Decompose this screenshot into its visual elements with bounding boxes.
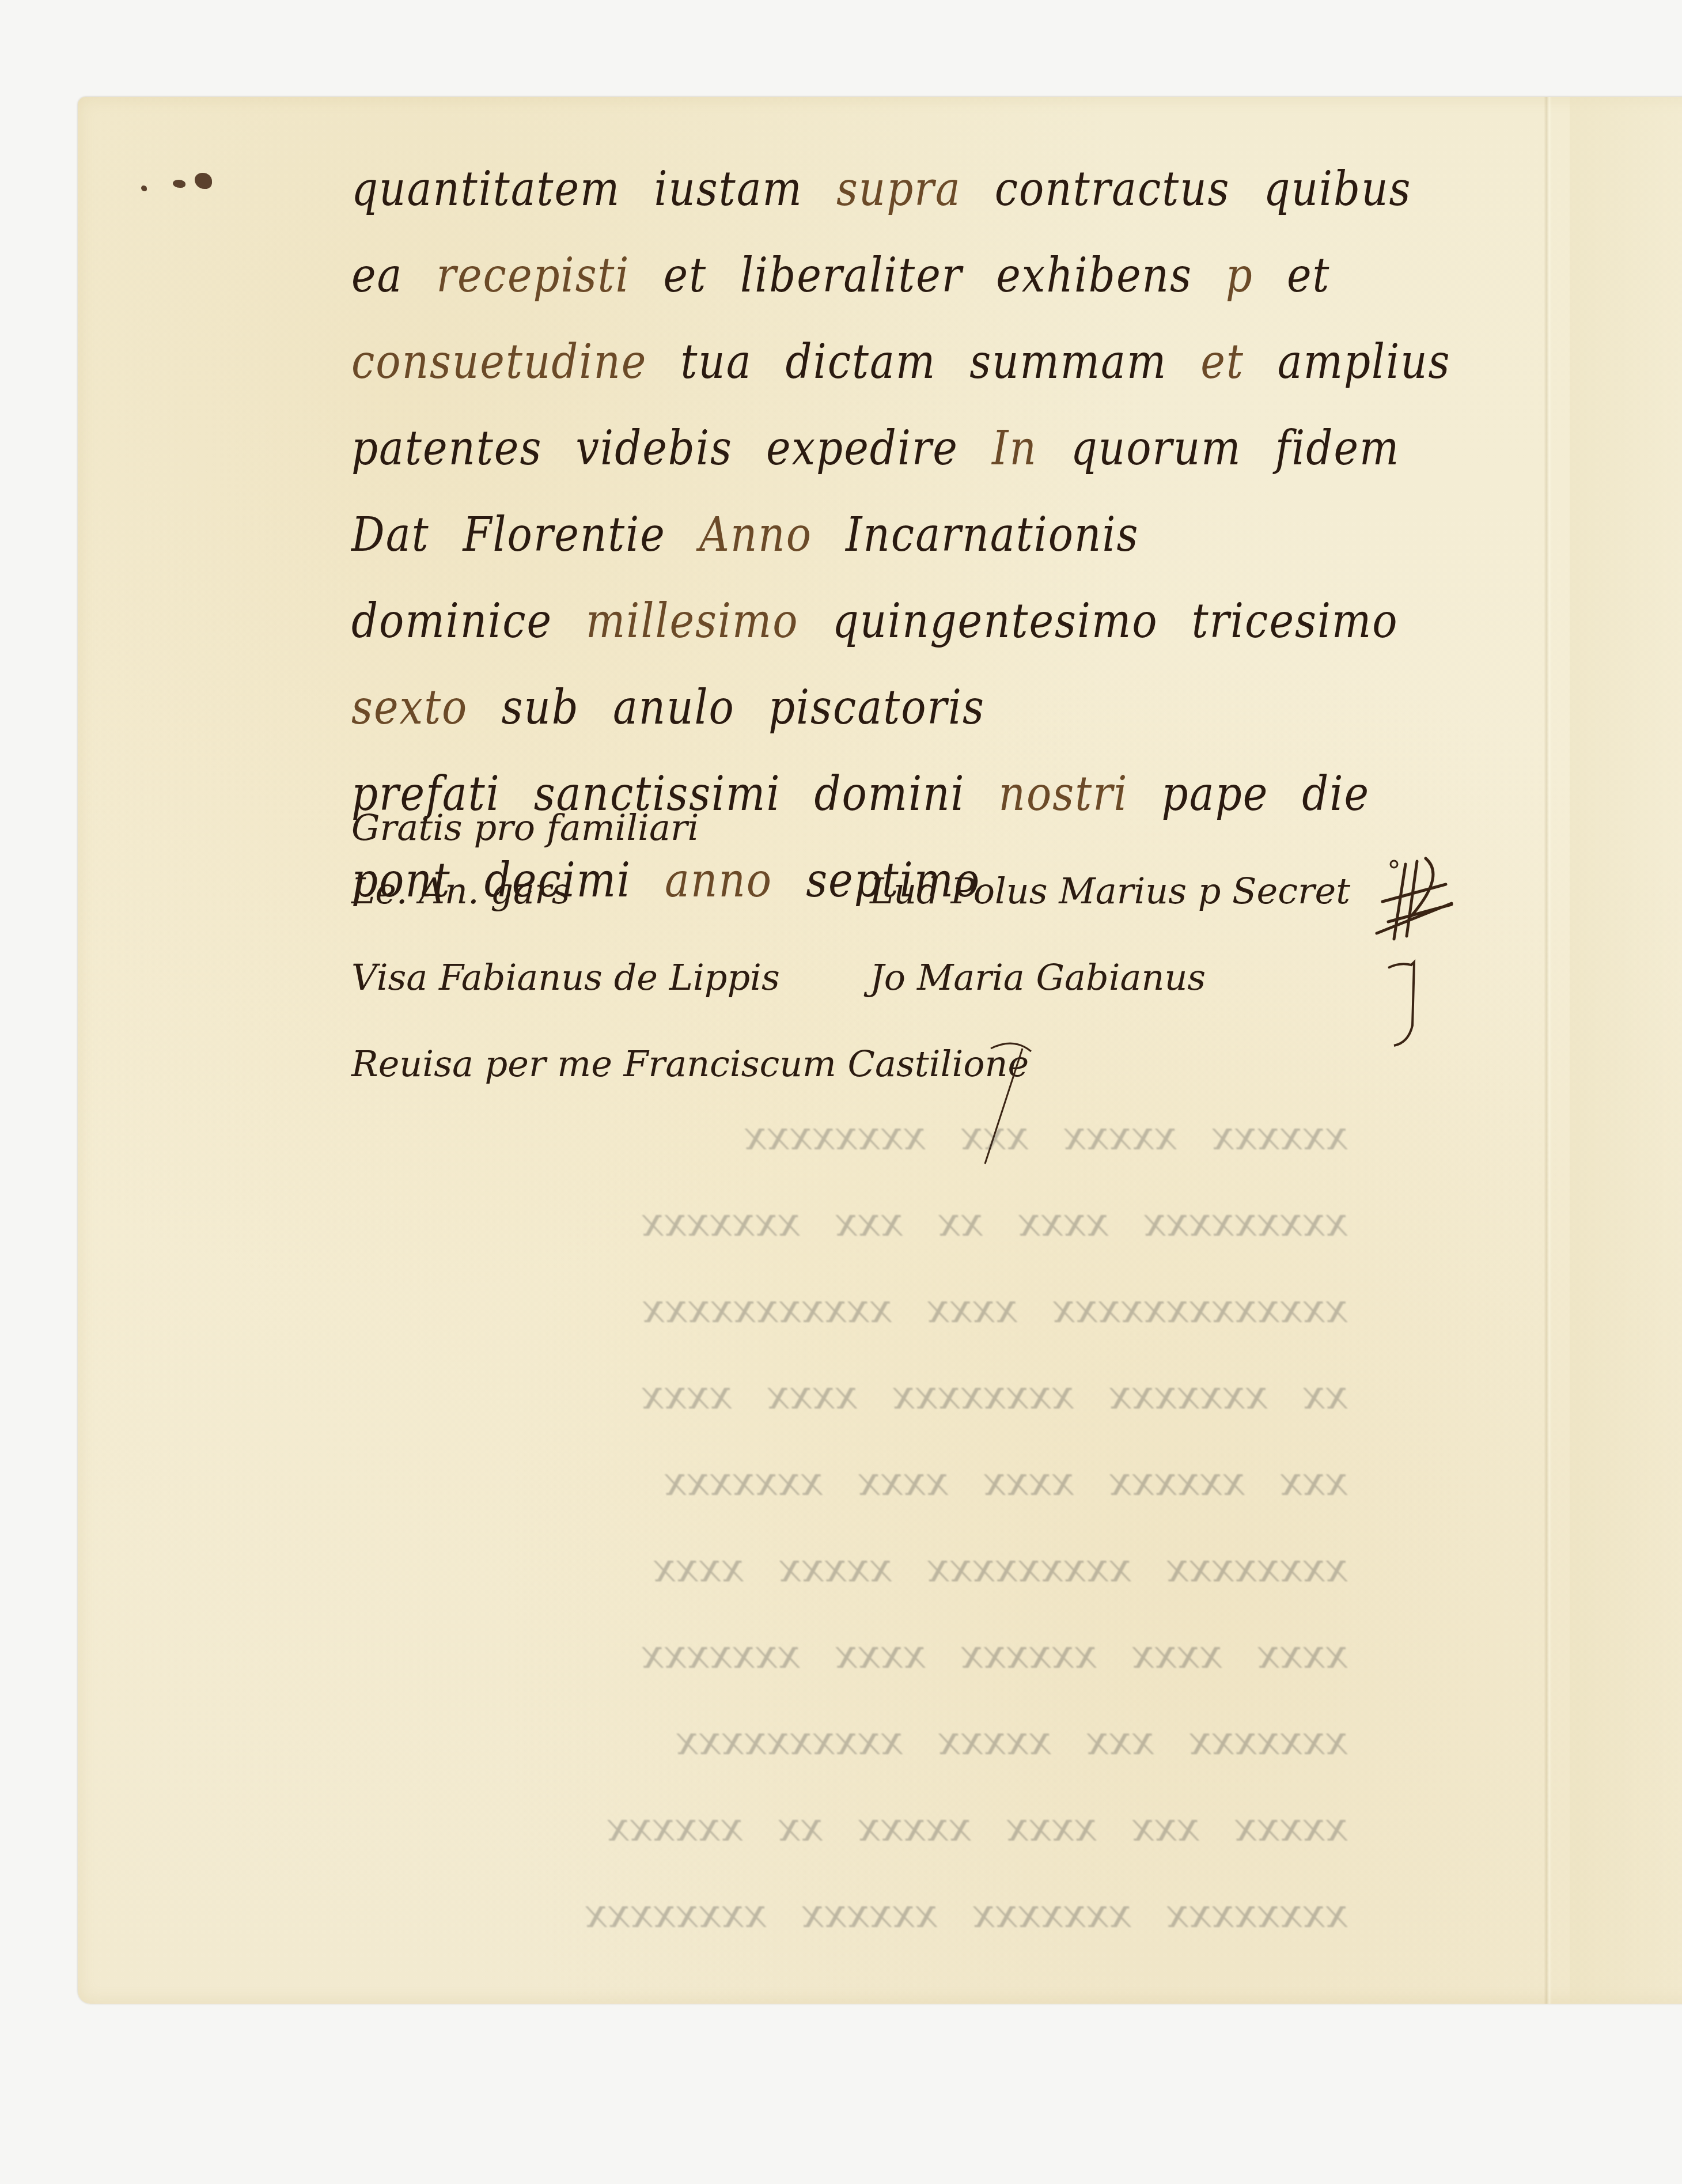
manuscript-word: quingentesimo — [832, 593, 1158, 649]
manuscript-word: summam — [969, 334, 1167, 389]
bleed-through-word: xxxxxxx — [1189, 1717, 1348, 1764]
bleed-through-word: xxxxxxxxx — [1143, 1198, 1348, 1246]
signature-row: Reuisa per me Franciscum Castilione — [351, 1043, 1446, 1106]
ink-blot-icon — [141, 186, 147, 191]
manuscript-line: earecepistietliberaliterexhibenspet — [351, 247, 1331, 347]
scribe-initials: Le. An. gars — [351, 870, 570, 912]
bleed-through-word: xxxxx — [778, 1544, 892, 1591]
bleed-through-word: xxxxx — [938, 1717, 1051, 1764]
manuscript-line: DatFlorentieAnnoIncarnationis — [351, 506, 1331, 606]
bleed-through-word: xxxx — [1131, 1630, 1222, 1678]
bleed-through-word: xxxx — [767, 1371, 858, 1418]
bleed-through-text: xxxxxxxxxxxxxxxxxxxxxxxxxxxxxxxxxxxxxxxx… — [340, 1112, 1348, 1976]
manuscript-word: quibus — [1264, 161, 1412, 217]
manuscript-word: recepisti — [437, 247, 630, 303]
bleed-through-word: xxxxxxxx — [744, 1112, 926, 1159]
bleed-through-word: xxx — [1280, 1458, 1348, 1505]
bleed-through-word: xxxxxxxxxxx — [642, 1285, 892, 1332]
manuscript-word: consuetudine — [351, 334, 647, 389]
signature-row: Visa Fabianus de Lippis Jo Maria Gabianu… — [351, 956, 1446, 1020]
bleed-through-line: xxxxxxxxxxxxxxxxxxxxxx — [340, 1112, 1348, 1198]
bleed-through-word: xxxx — [653, 1544, 744, 1591]
gratis-note: Gratis pro familiari — [351, 807, 699, 849]
bleed-through-word: xxxxxx — [607, 1803, 743, 1850]
manuscript-line: dominicemillesimoquingentesimotricesimo — [351, 593, 1331, 692]
bleed-through-word: xxx — [1131, 1803, 1199, 1850]
manuscript-word: supra — [836, 161, 961, 217]
bleed-through-line: xxxxxxxxxxxxxxxxxxxxxxxxx — [340, 1371, 1348, 1458]
manuscript-word: et — [1200, 334, 1244, 389]
bleed-through-word: xxx — [1086, 1717, 1154, 1764]
bleed-through-word: xxxxxxx — [664, 1458, 823, 1505]
bleed-through-word: xx — [1302, 1371, 1348, 1418]
manuscript-word: Dat — [351, 506, 430, 562]
notarial-paraph-icon — [1371, 853, 1457, 945]
manuscript-word: Incarnationis — [846, 506, 1139, 562]
manuscript-line: quantitatemiustamsupracontractusquibus — [351, 161, 1331, 260]
manuscript-word: liberaliter — [740, 247, 963, 303]
bleed-through-word: xxxxxxx — [641, 1630, 800, 1678]
manuscript-line: sextosubanulopiscatoris — [351, 679, 1331, 779]
revision-note: Reuisa per me Franciscum Castilione — [351, 1043, 1029, 1085]
manuscript-word: p — [1226, 247, 1253, 303]
manuscript-word: anulo — [613, 679, 735, 735]
bleed-through-word: xxxxxxxx — [892, 1371, 1074, 1418]
bleed-through-word: xxxx — [1018, 1198, 1109, 1246]
bleed-through-word: xxxxxxxx — [585, 1890, 767, 1937]
manuscript-word: fidem — [1275, 420, 1400, 476]
manuscript-word: et — [1287, 247, 1331, 303]
manuscript-word: contractus — [995, 161, 1230, 217]
bleed-through-word: xxxxxxxx — [1166, 1544, 1348, 1591]
secretary-signature: Lud Polus Marius p Secret — [870, 870, 1350, 912]
manuscript-word: Anno — [699, 506, 812, 562]
manuscript-word: dictam — [786, 334, 937, 389]
bleed-through-word: xxxxxxxx — [1166, 1890, 1348, 1937]
manuscript-word: ea — [351, 247, 403, 303]
bleed-through-word: xxx — [835, 1198, 903, 1246]
bleed-through-word: xxxxx — [1234, 1803, 1348, 1850]
bleed-through-word: xxxxxxxxxx — [676, 1717, 903, 1764]
manuscript-word: tua — [680, 334, 752, 389]
manuscript-word: dominice — [351, 593, 552, 649]
bleed-through-word: xxxx — [835, 1630, 926, 1678]
manuscript-word: sub — [501, 679, 579, 735]
bleed-through-word: xxxxxx — [1211, 1112, 1348, 1159]
bleed-through-word: xxxxxx — [960, 1630, 1097, 1678]
bleed-through-word: xxxxxxxxx — [927, 1544, 1131, 1591]
bleed-through-word: xxxxx — [1063, 1112, 1177, 1159]
manuscript-word: piscatoris — [768, 679, 985, 735]
bleed-through-word: xxxx — [983, 1458, 1074, 1505]
bleed-through-line: xxxxxxxxxxxxxxxxxxxxxxxxx — [340, 1803, 1348, 1890]
bleed-through-word: xxxx — [641, 1371, 732, 1418]
manuscript-word: In — [992, 420, 1037, 476]
bleed-through-word: xxxx — [927, 1285, 1018, 1332]
bleed-through-line: xxxxxxxxxxxxxxxxxxxxxxxx — [340, 1458, 1348, 1544]
bleed-through-line: xxxxxxxxxxxxxxxxxxxxxxxxxxxxx — [340, 1890, 1348, 1976]
manuscript-word: expedire — [766, 420, 959, 476]
bleed-through-word: xxxxxx — [1109, 1458, 1245, 1505]
bleed-through-line: xxxxxxxxxxxxxxxxxxxxxxxxx — [340, 1630, 1348, 1717]
manuscript-word: millesimo — [586, 593, 799, 649]
manuscript-line: consuetudinetuadictamsummametamplius — [351, 334, 1331, 433]
manuscript-word: patentes — [351, 420, 542, 476]
manuscript-word: videbis — [575, 420, 732, 476]
bleed-through-word: xxxx — [1257, 1630, 1348, 1678]
gabianus-signature: Jo Maria Gabianus — [870, 956, 1206, 998]
bleed-through-line: xxxxxxxxxxxxxxxxxxxxxxxxx — [340, 1198, 1348, 1285]
fold-crease — [1544, 97, 1552, 2004]
ink-blot-icon — [173, 180, 185, 188]
manuscript-word: Florentie — [463, 506, 666, 562]
bleed-through-line: xxxxxxxxxxxxxxxxxxxxxxxxx — [340, 1717, 1348, 1803]
bleed-through-word: xxxx — [1006, 1803, 1097, 1850]
bleed-through-word: xx — [778, 1803, 823, 1850]
visa-signature: Visa Fabianus de Lippis — [351, 956, 780, 998]
bleed-through-word: xxxxxxxxxxxxx — [1052, 1285, 1348, 1332]
bleed-through-word: xxxxxxx — [972, 1890, 1131, 1937]
gabianus-flourish-icon — [1382, 945, 1434, 1049]
bleed-through-word: xxxxxxx — [1109, 1371, 1268, 1418]
manuscript-word: tricesimo — [1192, 593, 1399, 649]
bleed-through-line: xxxxxxxxxxxxxxxxxxxxxxxxxx — [340, 1544, 1348, 1630]
manuscript-word: amplius — [1278, 334, 1451, 389]
bleed-through-word: xxxxx — [858, 1803, 971, 1850]
manuscript-word: iustam — [654, 161, 802, 217]
bleed-through-word: xx — [938, 1198, 983, 1246]
manuscript-word: sexto — [351, 679, 468, 735]
signature-row: Le. An. gars Lud Polus Marius p Secret — [351, 870, 1446, 933]
bleed-through-word: xxxxxx — [801, 1890, 938, 1937]
bleed-through-word: xxx — [960, 1112, 1028, 1159]
bleed-through-word: xxxx — [858, 1458, 949, 1505]
manuscript-word: et — [664, 247, 707, 303]
bleed-through-line: xxxxxxxxxxxxxxxxxxxxxxxxxxxx — [340, 1285, 1348, 1371]
manuscript-line: patentesvidebisexpedireInquorumfidem — [351, 420, 1331, 520]
bleed-through-word: xxxxxxx — [641, 1198, 800, 1246]
signature-row: Gratis pro familiari — [351, 807, 1446, 870]
folded-flap — [1570, 97, 1682, 2004]
signature-block: Gratis pro familiari Le. An. gars Lud Po… — [351, 807, 1446, 1106]
manuscript-word: quantitatem — [351, 161, 620, 217]
manuscript-word: exhibens — [996, 247, 1192, 303]
manuscript-word: quorum — [1071, 420, 1242, 476]
